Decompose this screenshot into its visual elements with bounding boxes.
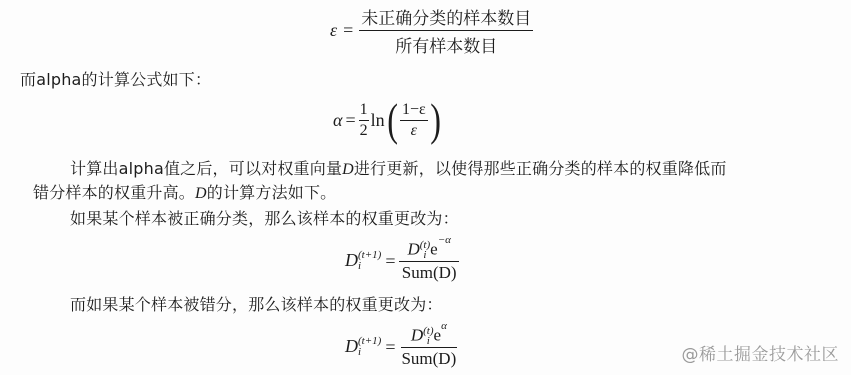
coefficient-numerator: 1 <box>359 101 369 121</box>
base: D <box>345 250 358 270</box>
subscript: i <box>358 261 381 272</box>
exponent: α <box>441 320 447 332</box>
text: 错分样本的权重升高。 <box>33 183 195 202</box>
paragraph-update-line1: 计算出alpha值之后，可以对权重向量D进行更新，以使得那些正确分类的样本的权重… <box>70 159 727 180</box>
text: 进行更新，以使得那些正确分类的样本的权重降低而 <box>354 159 727 178</box>
numerator: 未正确分类的样本数目 <box>359 4 533 31</box>
subscript: i <box>420 250 430 260</box>
watermark: @稀土掘金技术社区 <box>682 340 840 365</box>
text: 的计算方法如下。 <box>207 183 337 202</box>
numerator: D(t)ieα <box>401 325 457 349</box>
subscript: i <box>358 347 381 358</box>
base: D <box>411 325 423 344</box>
base: D <box>345 336 358 356</box>
inner-fraction: 1−ε ε <box>400 101 428 140</box>
ln-function: ln <box>371 110 385 131</box>
subscript: i <box>423 336 433 346</box>
denominator: Sum(D) <box>400 262 459 283</box>
inner-numerator: 1−ε <box>400 101 428 121</box>
equals-sign: = <box>345 110 355 131</box>
numerator: D(t)ie−α <box>399 239 458 263</box>
fraction: D(t)ie−α Sum(D) <box>399 239 458 284</box>
equals-sign: = <box>385 337 395 358</box>
lhs-d: D(t+1)i <box>345 250 381 273</box>
variable-d: D <box>342 161 354 178</box>
base: D <box>407 239 419 258</box>
exp-base: e <box>430 239 438 258</box>
superscript: (t+1) <box>358 250 381 261</box>
left-paren: ( <box>387 97 398 143</box>
fraction: D(t)ieα Sum(D) <box>399 325 458 370</box>
denominator: Sum(D) <box>399 348 458 369</box>
equals-sign: = <box>343 20 353 41</box>
coefficient-denominator: 2 <box>359 121 369 140</box>
formula-weight-correct: D(t+1)i = D(t)ie−α Sum(D) <box>345 232 459 290</box>
epsilon-symbol: ε <box>330 20 337 41</box>
denominator: 所有样本数目 <box>393 31 499 57</box>
superscript: (t+1) <box>358 336 381 347</box>
paragraph-wrong-classified: 而如果某个样本被错分，那么该样本的权重更改为： <box>70 295 443 315</box>
lhs-d: D(t+1)i <box>345 336 381 359</box>
right-paren: ) <box>430 97 441 143</box>
formula-epsilon: ε = 未正确分类的样本数目 所有样本数目 <box>330 4 533 57</box>
exponent: −α <box>438 234 451 246</box>
paragraph-alpha-intro: 而alpha的计算公式如下： <box>20 70 211 90</box>
formula-alpha: α = 1 2 ln ( 1−ε ε ) <box>333 94 443 146</box>
variable-d: D <box>195 185 207 202</box>
alpha-symbol: α <box>333 110 342 131</box>
paragraph-update-line2: 错分样本的权重升高。D的计算方法如下。 <box>33 183 336 204</box>
coefficient-fraction: 1 2 <box>359 101 369 140</box>
equals-sign: = <box>385 251 395 272</box>
inner-denominator: ε <box>409 121 419 140</box>
exp-base: e <box>434 325 442 344</box>
formula-weight-wrong: D(t+1)i = D(t)ieα Sum(D) <box>345 318 458 375</box>
document-page: ε = 未正确分类的样本数目 所有样本数目 而alpha的计算公式如下： α =… <box>0 0 851 375</box>
fraction: 未正确分类的样本数目 所有样本数目 <box>359 4 533 57</box>
paragraph-correct-classified: 如果某个样本被正确分类，那么该样本的权重更改为： <box>70 209 459 229</box>
text: 计算出alpha值之后，可以对权重向量 <box>70 159 342 178</box>
